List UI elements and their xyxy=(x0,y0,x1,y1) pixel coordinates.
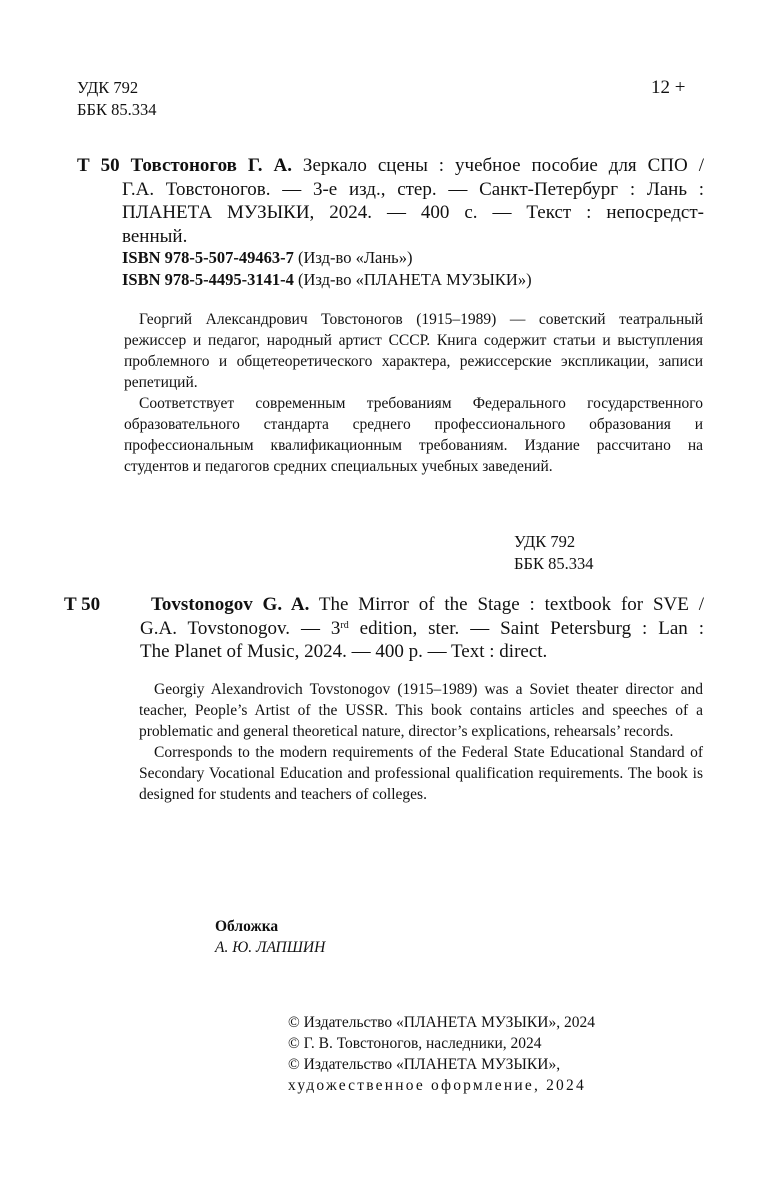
ordinal-suffix: rd xyxy=(340,620,348,631)
russian-annotation: Георгий Александрович Товстоногов (1915–… xyxy=(124,309,703,477)
ru-entry-line3: ПЛАНЕТА МУЗЫКИ, 2024. — 400 с. — Текст :… xyxy=(122,201,704,225)
en-entry-code: T 50 xyxy=(64,593,100,617)
en-entry-line2-text: G.A. Tovstonogov. — 3 xyxy=(140,618,340,639)
russian-bibliographic-entry: Т 50 Товстоногов Г. А. Зеркало сцены : у… xyxy=(77,154,704,248)
isbn-number: ISBN 978-5-4495-3141-4 xyxy=(122,270,294,289)
ru-annotation-paragraph-2: Соответствует современным требованиям Фе… xyxy=(124,393,703,477)
copyright-line-4: художественное оформление, 2024 xyxy=(288,1075,595,1096)
ru-entry-author: Товстоногов Г. А. xyxy=(131,155,292,176)
isbn-number: ISBN 978-5-507-49463-7 xyxy=(122,248,294,267)
classification-codes: УДК 792 ББК 85.334 xyxy=(77,77,156,120)
udk-code-en: УДК 792 xyxy=(514,531,593,553)
ru-entry-title: Зеркало сцены : учебное пособие для СПО … xyxy=(303,155,704,176)
bbk-code: ББК 85.334 xyxy=(77,99,156,121)
isbn-list: ISBN 978-5-507-49463-7 (Изд-во «Лань») I… xyxy=(122,247,532,290)
cover-artist: А. Ю. ЛАПШИН xyxy=(215,937,325,958)
en-annotation-paragraph-1: Georgiy Alexandrovich Tovstonogov (1915–… xyxy=(139,679,703,742)
en-annotation-paragraph-2: Corresponds to the modern requirements o… xyxy=(139,742,703,805)
en-entry-line2-rest: edition, ster. — Saint Petersburg : Lan … xyxy=(349,618,704,639)
ru-entry-line2: Г.А. Товстоногов. — 3-е изд., стер. — Са… xyxy=(122,178,704,202)
en-entry-author: Tovstonogov G. A. xyxy=(151,594,309,615)
isbn-publisher: (Изд-во «ПЛАНЕТА МУЗЫКИ») xyxy=(298,270,532,289)
age-rating: 12 + xyxy=(651,76,685,100)
en-entry-title: The Mirror of the Stage : textbook for S… xyxy=(319,594,704,615)
bbk-code-en: ББК 85.334 xyxy=(514,553,593,575)
isbn-lan: ISBN 978-5-507-49463-7 (Изд-во «Лань») xyxy=(122,247,532,269)
copyright-block: © Издательство «ПЛАНЕТА МУЗЫКИ», 2024 © … xyxy=(288,1012,595,1096)
copyright-line-1: © Издательство «ПЛАНЕТА МУЗЫКИ», 2024 xyxy=(288,1012,595,1033)
cover-credit: Обложка А. Ю. ЛАПШИН xyxy=(215,916,325,958)
ru-annotation-paragraph-1: Георгий Александрович Товстоногов (1915–… xyxy=(124,309,703,393)
copyright-line-2: © Г. В. Товстоногов, наследники, 2024 xyxy=(288,1033,595,1054)
english-annotation: Georgiy Alexandrovich Tovstonogov (1915–… xyxy=(139,679,703,805)
english-bibliographic-entry: Tovstonogov G. A. The Mirror of the Stag… xyxy=(130,593,704,664)
en-entry-line2: G.A. Tovstonogov. — 3rd edition, ster. —… xyxy=(140,617,704,641)
copyright-line-3: © Издательство «ПЛАНЕТА МУЗЫКИ», xyxy=(288,1054,595,1075)
udk-code: УДК 792 xyxy=(77,77,156,99)
en-entry-line3: The Planet of Music, 2024. — 400 p. — Te… xyxy=(140,640,704,664)
isbn-publisher: (Изд-во «Лань») xyxy=(298,248,412,267)
cover-label: Обложка xyxy=(215,916,325,937)
isbn-planeta: ISBN 978-5-4495-3141-4 (Изд-во «ПЛАНЕТА … xyxy=(122,269,532,291)
english-classification-codes: УДК 792 ББК 85.334 xyxy=(514,531,593,574)
ru-entry-code: Т 50 xyxy=(77,155,120,176)
ru-entry-line4: венный. xyxy=(122,225,704,249)
